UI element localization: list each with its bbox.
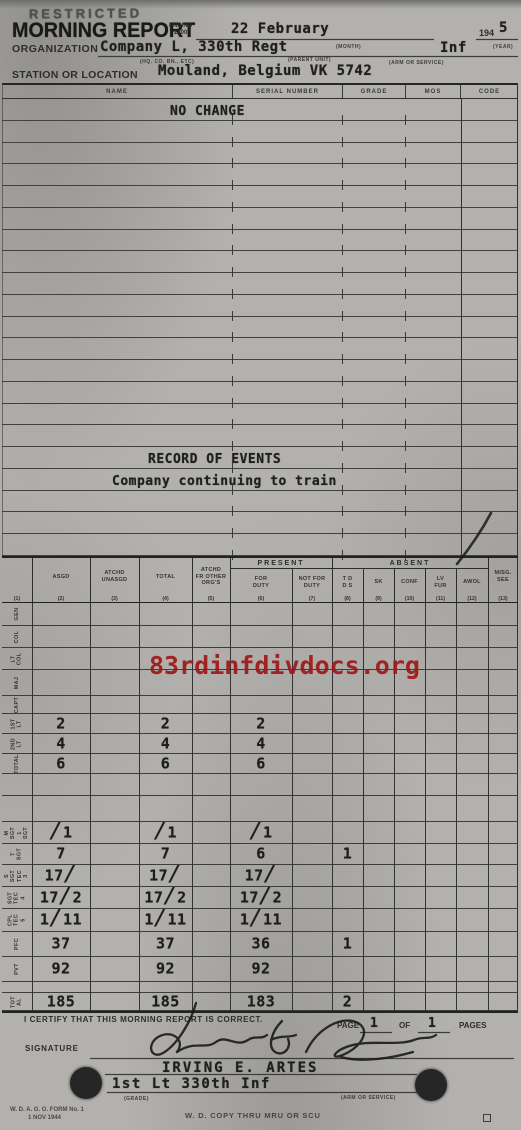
stats-col-label: FOR DUTY: [230, 569, 292, 596]
name-table-row: [2, 273, 518, 295]
stats-col-label: CONF: [394, 569, 425, 596]
stats-row: T SGT7761: [2, 844, 518, 865]
stats-value-total: 92: [139, 959, 192, 977]
stats-col-label: ASGD: [32, 558, 90, 596]
organization-value: Company L, 330th Regt: [100, 39, 288, 55]
stats-row-label: PFC: [2, 932, 32, 956]
stats-row: COL: [2, 626, 518, 648]
station-label: STATION OR LOCATION: [12, 69, 138, 81]
stats-value-total: 4: [139, 734, 192, 752]
stats-value-td_ds: 1: [332, 844, 363, 862]
stats-value-for_duty: 1/11: [230, 910, 292, 928]
page-number: 1: [370, 1016, 378, 1031]
arm-service-caption: (ARM OR SERVICE): [389, 60, 444, 66]
name-table-col-header: CODE: [460, 85, 518, 98]
stats-value-total: 37: [139, 934, 192, 952]
stats-value-asgd: 185: [32, 992, 90, 1010]
stats-row: CAPT: [2, 696, 518, 714]
stats-row-label: [2, 982, 32, 992]
stats-value-td_ds: 2: [332, 992, 363, 1010]
stats-value-for_duty: 6: [230, 844, 292, 862]
year-typed: 5: [499, 20, 508, 36]
stats-row: M SGT 1 SGT/1/1/1: [2, 822, 518, 844]
pages-total: 1: [428, 1016, 436, 1031]
stats-column-line: [425, 603, 426, 1011]
name-table-row: [2, 382, 518, 404]
name-table-row: RECORD OF EVENTS: [2, 447, 518, 469]
name-underline: [105, 1074, 417, 1075]
group-header-present: PRESENT: [230, 558, 332, 569]
pages-label: PAGES: [459, 1021, 486, 1030]
stats-value-for_duty: /1: [230, 823, 292, 841]
stats-row-label: PVT: [2, 957, 32, 981]
stats-header-divider: [363, 569, 364, 602]
stats-row: [2, 774, 518, 796]
stats-col-label: AWOL: [456, 569, 488, 596]
name-table-row: [2, 512, 518, 534]
stats-value-total: 6: [139, 754, 192, 772]
stats-value-td_ds: 1: [332, 934, 363, 952]
stats-value-for_duty: 4: [230, 734, 292, 752]
stats-value-for_duty: 36: [230, 934, 292, 952]
stats-value-total: 185: [139, 992, 192, 1010]
arm-caption-footer: (ARM OR SERVICE): [341, 1095, 396, 1101]
stats-value-asgd: 7: [32, 844, 90, 862]
name-table-row: [2, 534, 518, 556]
stats-col-label: TOTAL: [139, 558, 192, 596]
name-table: NO CHANGERECORD OF EVENTSCompany continu…: [2, 99, 518, 556]
stats-column-line: [456, 603, 457, 1011]
name-table-col-header: MOS: [405, 85, 460, 98]
stats-row-label: COL: [2, 626, 32, 647]
name-table-header: NAMESERIAL NUMBERGRADEMOSCODE: [2, 83, 518, 99]
certify-statement: I CERTIFY THAT THIS MORNING REPORT IS CO…: [24, 1015, 263, 1024]
stats-value-for_duty: 92: [230, 959, 292, 977]
name-table-row: [2, 338, 518, 360]
stats-value-total: 7: [139, 844, 192, 862]
punch-hole-right: [415, 1069, 447, 1101]
year-printed: 194: [479, 28, 494, 38]
stats-value-for_duty: 17/2: [230, 888, 292, 906]
group-header-absent: ABSENT: [332, 558, 488, 569]
stats-row: TOT AL1851851832: [2, 993, 518, 1011]
stats-header-divider: [425, 569, 426, 602]
year-underline: [476, 39, 518, 40]
stats-row-label: [2, 796, 32, 821]
stats-row-label: M SGT 1 SGT: [2, 822, 32, 843]
station-value: Mouland, Belgium VK 5742: [158, 63, 372, 79]
stats-value-for_duty: 6: [230, 754, 292, 772]
stats-row-label: TOTAL: [2, 754, 32, 773]
stats-row: TOTAL666: [2, 754, 518, 774]
stats-value-total: /1: [139, 823, 192, 841]
name-table-row: [2, 208, 518, 230]
stats-header-divider: [90, 558, 91, 602]
name-table-col-header: SERIAL NUMBER: [232, 85, 342, 98]
strength-table: PRESENTABSENT(1)ASGD(2)ATCHD UNASGD(3)TO…: [2, 556, 518, 1013]
month-caption: (MONTH): [336, 44, 361, 50]
name-table-row: [2, 491, 518, 513]
stats-value-for_duty: 17/: [230, 866, 292, 884]
stats-column-line: [32, 603, 33, 1011]
copy-note: W. D. COPY THRU MRU OR SCU: [185, 1111, 321, 1120]
stats-col-label: ATCHD FR OTHER ORG'S: [192, 558, 230, 596]
name-table-row: [2, 230, 518, 252]
registration-mark: [483, 1114, 491, 1122]
stats-column-line: [90, 603, 91, 1011]
name-table-row: Company continuing to train: [2, 469, 518, 491]
stats-value-for_duty: 2: [230, 714, 292, 732]
page-number-underline: [360, 1032, 392, 1033]
stats-header-divider: [230, 558, 231, 602]
stats-column-line: [488, 603, 489, 1011]
grade-caption: (GRADE): [124, 1096, 149, 1102]
stats-row: PVT929292: [2, 957, 518, 982]
stats-header-divider: [332, 558, 333, 602]
ending-2400-label: ENDING 2400: [169, 23, 192, 36]
signature-label: SIGNATURE: [25, 1044, 79, 1053]
stats-row-label: CPL TEC 5: [2, 909, 32, 931]
name-table-row: [2, 360, 518, 382]
name-table-col-header: NAME: [2, 85, 232, 98]
strength-table-header: PRESENTABSENT(1)ASGD(2)ATCHD UNASGD(3)TO…: [2, 556, 518, 603]
stats-col-label: [2, 558, 32, 596]
stats-col-label: ATCHD UNASGD: [90, 558, 139, 596]
branch-value: Inf: [440, 40, 467, 56]
no-change-entry: NO CHANGE: [170, 104, 245, 119]
form-number: W. D. A. G. O. FORM No. 1: [10, 1107, 84, 1113]
stats-value-asgd: 2: [32, 714, 90, 732]
stats-value-asgd: 37: [32, 934, 90, 952]
typed-grade: 1st Lt 330th Inf: [112, 1076, 271, 1092]
stats-value-asgd: 17/: [32, 866, 90, 884]
stats-header-divider: [192, 558, 193, 602]
stats-value-total: 17/2: [139, 888, 192, 906]
stats-value-for_duty: 183: [230, 992, 292, 1010]
watermark: 83rdinfdivdocs.org: [149, 651, 420, 680]
stats-row: 2ND LT444: [2, 734, 518, 754]
pages-total-underline: [418, 1032, 450, 1033]
stats-row-label: CAPT: [2, 696, 32, 713]
stats-col-label: SK: [363, 569, 394, 596]
form-date: 1 NOV 1944: [28, 1115, 61, 1121]
stats-value-total: 2: [139, 714, 192, 732]
name-table-row: [2, 186, 518, 208]
stats-col-label: T D D S: [332, 569, 363, 596]
stats-header-divider: [394, 569, 395, 602]
stats-row-label: T SGT: [2, 844, 32, 864]
report-date: 22 February: [231, 21, 329, 37]
name-table-col-header: GRADE: [342, 85, 405, 98]
stats-value-asgd: /1: [32, 823, 90, 841]
page-left-border: [2, 83, 3, 556]
stats-header-divider: [456, 569, 457, 602]
stats-row-label: [2, 774, 32, 795]
record-of-events-title: RECORD OF EVENTS: [148, 452, 281, 467]
stats-row-label: 1ST LT: [2, 714, 32, 733]
name-table-row: [2, 164, 518, 186]
name-table-row: [2, 404, 518, 426]
stats-col-label: LV FUR: [425, 569, 456, 596]
name-table-row: [2, 251, 518, 273]
stats-row-label: GEN: [2, 603, 32, 625]
name-table-row: [2, 121, 518, 143]
of-label: OF: [399, 1021, 410, 1030]
name-table-row: [2, 295, 518, 317]
morning-report-scan: RESTRICTED MORNING REPORT ENDING 2400 22…: [0, 0, 521, 1130]
stats-row: PFC3737361: [2, 932, 518, 957]
stats-row-label: MAJ: [2, 670, 32, 695]
stats-header-divider: [488, 558, 489, 602]
stats-col-label: NOT FOR DUTY: [292, 569, 332, 596]
stats-row-label: S SGT TEC 3: [2, 865, 32, 886]
stats-header-divider: [292, 569, 293, 602]
stats-row-label: SGT TEC 4: [2, 887, 32, 908]
code-column-line: [461, 99, 462, 556]
stats-row-label: LT COL: [2, 648, 32, 669]
stats-value-total: 1/11: [139, 910, 192, 928]
stats-value-asgd: 1/11: [32, 910, 90, 928]
stats-row: 1ST LT222: [2, 714, 518, 734]
name-table-row: NO CHANGE: [2, 99, 518, 121]
name-table-row: [2, 143, 518, 165]
stats-value-asgd: 92: [32, 959, 90, 977]
organization-label: ORGANIZATION: [12, 43, 98, 55]
stats-value-total: 17/: [139, 866, 192, 884]
stats-value-asgd: 17/2: [32, 888, 90, 906]
stats-header-divider: [32, 558, 33, 602]
stats-column-line: [139, 603, 140, 1011]
signature-line: [90, 1058, 514, 1059]
stats-row-label: TOT AL: [2, 993, 32, 1010]
stats-col-label: MISG. SEE: [488, 558, 518, 596]
stats-value-asgd: 6: [32, 754, 90, 772]
page-label: PAGE: [337, 1021, 359, 1030]
stats-row: CPL TEC 51/111/111/11: [2, 909, 518, 932]
stats-header-divider: [139, 558, 140, 602]
name-table-row: [2, 317, 518, 339]
record-of-events-entry: Company continuing to train: [112, 474, 337, 489]
stats-value-asgd: 4: [32, 734, 90, 752]
year-caption: (YEAR): [493, 44, 513, 50]
name-table-row: [2, 425, 518, 447]
stats-row-label: 2ND LT: [2, 734, 32, 753]
punch-hole-left: [70, 1067, 102, 1099]
grade-underline: [107, 1092, 418, 1093]
stats-row: GEN: [2, 603, 518, 626]
